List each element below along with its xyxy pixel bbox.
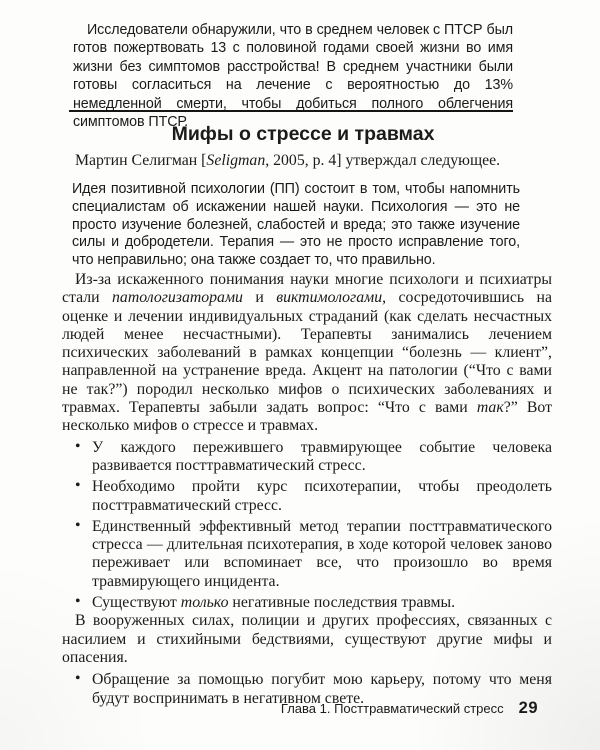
callout-paragraph: Исследователи обнаружили, что в среднем … [73, 21, 513, 131]
list-item: • Единственный эффективный метод терапии… [62, 518, 552, 591]
list-item-text: Единственный эффективный метод терапии п… [92, 518, 552, 590]
bullet-icon: • [75, 438, 81, 456]
list-item-text: Необходимо пройти курс психотерапии, что… [92, 478, 552, 513]
paragraph: Из-за искаженного понимания науки многие… [62, 271, 552, 436]
list-item: • Существуют только негативные последств… [62, 594, 552, 612]
book-page: Исследователи обнаружили, что в среднем … [0, 0, 600, 750]
section-divider [69, 110, 513, 112]
quote-paragraph: Идея позитивной психологии (ПП) состоит … [72, 181, 520, 270]
bullet-icon: • [75, 593, 81, 611]
body-text: Из-за искаженного понимания науки многие… [62, 271, 552, 708]
intro-paragraph: Мартин Селигман [Seligman, 2005, p. 4] у… [62, 152, 552, 170]
bullet-icon: • [75, 477, 81, 495]
list-item-text: У каждого пережившего травмирующее событ… [92, 439, 552, 474]
page-footer: Глава 1. Посттравматический стресс 29 [281, 699, 538, 718]
section-heading: Мифы о стрессе и травмах [57, 123, 549, 146]
list-item: • Необходимо пройти курс психотерапии, ч… [62, 478, 552, 515]
bullet-icon: • [75, 670, 81, 688]
paragraph: В вооруженных силах, полиции и других пр… [62, 612, 552, 667]
list-item-text: Существуют только негативные последствия… [92, 594, 455, 611]
bullet-icon: • [75, 517, 81, 535]
list-item: • У каждого пережившего травмирующее соб… [62, 439, 552, 476]
page-number: 29 [519, 699, 538, 718]
running-chapter-title: Глава 1. Посттравматический стресс [281, 701, 504, 716]
bullet-list: • У каждого пережившего травмирующее соб… [62, 439, 552, 613]
